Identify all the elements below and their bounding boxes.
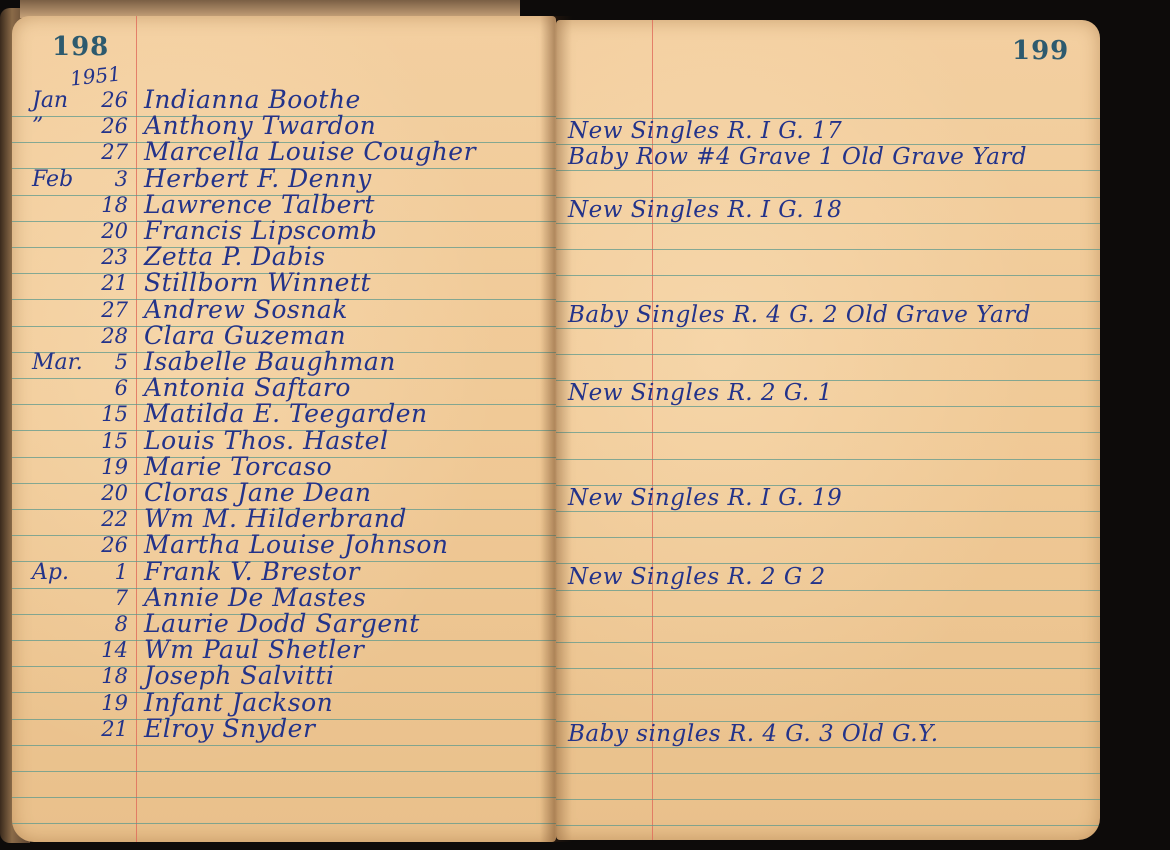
entry-name: Infant Jackson [144, 688, 333, 717]
burial-location-note: New Singles R. 2 G 2 [568, 564, 826, 590]
right-page-number: 199 [1012, 36, 1069, 66]
ruled-line [12, 797, 556, 798]
entry-day: 14 [88, 638, 128, 662]
entry-day: 1 [88, 560, 128, 584]
entry-day: 23 [88, 245, 128, 269]
ruled-line [556, 275, 1100, 276]
ruled-line [556, 459, 1100, 460]
left-page-number: 198 [52, 32, 109, 62]
entry-day: 27 [88, 298, 128, 322]
burial-location-note: New Singles R. 2 G. 1 [568, 380, 833, 406]
entry-day: 18 [88, 664, 128, 688]
ruled-line [556, 825, 1100, 826]
entry-name: Stillborn Winnett [144, 268, 371, 297]
entry-name: Marcella Louise Cougher [144, 137, 476, 166]
entry-day: 15 [88, 402, 128, 426]
ruled-line [556, 354, 1100, 355]
entry-name: Annie De Mastes [144, 583, 366, 612]
ruled-line [556, 223, 1100, 224]
entry-name: Joseph Salvitti [144, 661, 334, 690]
ruled-line [556, 799, 1100, 800]
ruled-line [556, 432, 1100, 433]
entry-day: 19 [88, 455, 128, 479]
entry-day: 21 [88, 271, 128, 295]
entry-day: 20 [88, 219, 128, 243]
burial-location-note: New Singles R. I G. 17 [568, 118, 842, 144]
entry-name: Wm M. Hilderbrand [144, 504, 407, 533]
entry-name: Antonia Saftaro [144, 373, 351, 402]
entry-name: Indianna Boothe [144, 85, 361, 114]
ruled-line [556, 773, 1100, 774]
entry-day: 26 [88, 88, 128, 112]
ruled-line [12, 745, 556, 746]
entry-name: Laurie Dodd Sargent [144, 609, 420, 638]
entry-name: Matilda E. Teegarden [144, 399, 428, 428]
burial-location-note: New Singles R. I G. 18 [568, 197, 842, 223]
ruled-line [556, 668, 1100, 669]
entry-day: 7 [88, 586, 128, 610]
entry-month: Feb [32, 167, 73, 192]
entry-name: Anthony Twardon [144, 111, 376, 140]
entry-name: Martha Louise Johnson [144, 530, 449, 559]
open-ledger-book: 198 1951 Jan26Indianna Boothe”26Anthony … [0, 0, 1170, 850]
entry-name: Zetta P. Dabis [144, 242, 326, 271]
ruled-line [556, 249, 1100, 250]
ruled-line [556, 170, 1100, 171]
entry-day: 5 [88, 350, 128, 374]
entry-name: Francis Lipscomb [144, 216, 377, 245]
entry-day: 28 [88, 324, 128, 348]
entry-day: 19 [88, 691, 128, 715]
ruled-line [556, 747, 1100, 748]
entry-name: Wm Paul Shetler [144, 635, 364, 664]
entry-name: Marie Torcaso [144, 452, 332, 481]
entry-name: Cloras Jane Dean [144, 478, 371, 507]
entry-month: Mar. [32, 350, 83, 375]
ruled-line [556, 590, 1100, 591]
ruled-line [12, 771, 556, 772]
entry-name: Andrew Sosnak [144, 295, 348, 324]
entry-month: ” [32, 114, 43, 139]
entry-month: Ap. [32, 560, 69, 585]
entry-day: 6 [88, 376, 128, 400]
entry-day: 15 [88, 429, 128, 453]
ruled-line [556, 406, 1100, 407]
burial-location-note: Baby singles R. 4 G. 3 Old G.Y. [568, 721, 939, 747]
entry-day: 18 [88, 193, 128, 217]
entry-name: Frank V. Brestor [144, 557, 360, 586]
burial-location-note: Baby Row #4 Grave 1 Old Grave Yard [568, 144, 1027, 170]
ruled-line [556, 511, 1100, 512]
right-page: 199 New Singles R. I G. 17Baby Row #4 Gr… [556, 20, 1100, 840]
entry-day: 22 [88, 507, 128, 531]
entry-day: 21 [88, 717, 128, 741]
burial-location-note: New Singles R. I G. 19 [568, 485, 842, 511]
entry-name: Lawrence Talbert [144, 190, 375, 219]
ruled-line [556, 694, 1100, 695]
ruled-line [556, 328, 1100, 329]
entry-day: 26 [88, 533, 128, 557]
entry-day: 20 [88, 481, 128, 505]
entry-name: Louis Thos. Hastel [144, 426, 388, 455]
entry-name: Isabelle Baughman [144, 347, 396, 376]
year-heading: 1951 [69, 61, 122, 90]
entry-day: 3 [88, 167, 128, 191]
entry-day: 26 [88, 114, 128, 138]
ruled-line [556, 616, 1100, 617]
entry-month: Jan [32, 88, 68, 113]
entry-day: 8 [88, 612, 128, 636]
ruled-line [556, 642, 1100, 643]
burial-location-note: Baby Singles R. 4 G. 2 Old Grave Yard [568, 302, 1031, 328]
entry-name: Elroy Snyder [144, 714, 315, 743]
entry-name: Herbert F. Denny [144, 164, 372, 193]
ruled-line [556, 537, 1100, 538]
left-page: 198 1951 Jan26Indianna Boothe”26Anthony … [12, 16, 556, 842]
entry-day: 27 [88, 140, 128, 164]
ruled-line [12, 823, 556, 824]
entry-name: Clara Guzeman [144, 321, 346, 350]
